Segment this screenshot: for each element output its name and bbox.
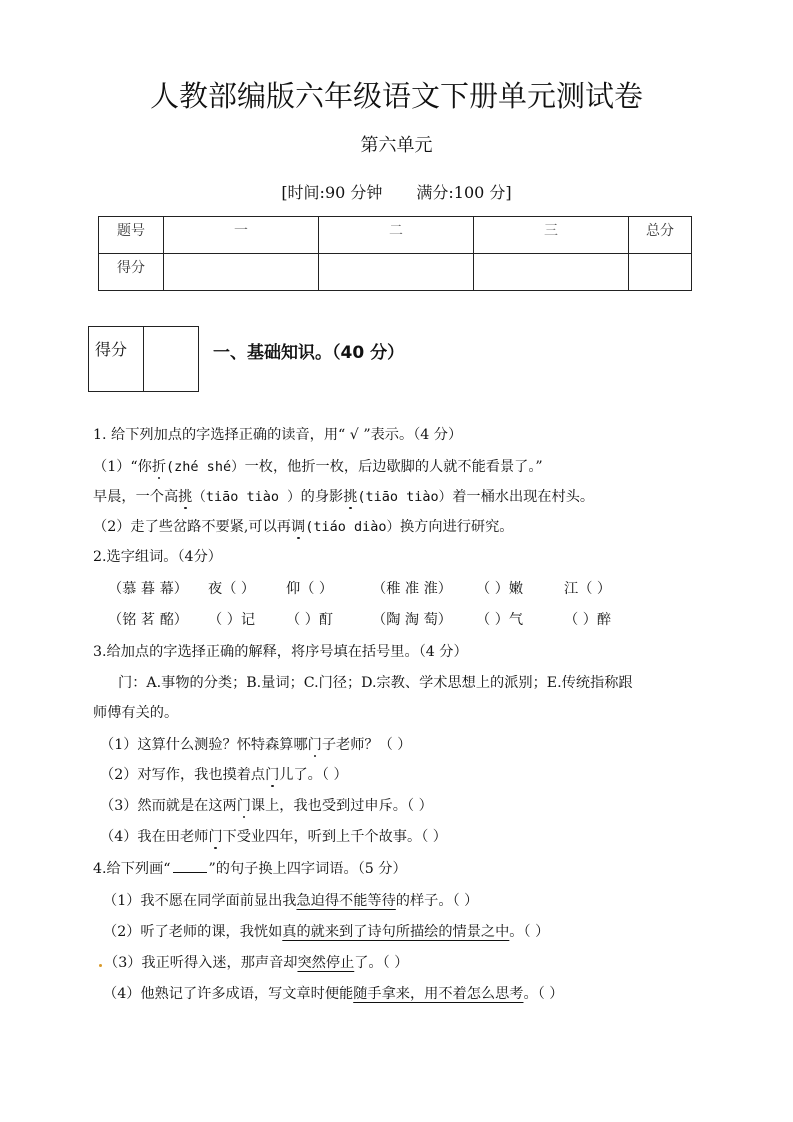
- word-blank[interactable]: （ ）嫩: [476, 578, 564, 598]
- header-cell-part-2: 二: [319, 217, 474, 254]
- q4-prompt-text: ”的句子换上四字词语。（5 分）: [209, 861, 407, 877]
- q1-item-2: （2）走了些岔路不要紧,可以再调(tiáo diào）换方向进行研究。: [93, 515, 513, 536]
- word-blank[interactable]: 夜（ ）: [208, 578, 286, 598]
- pinyin-options[interactable]: （tiāo tiào ）: [192, 489, 300, 505]
- score-table: 题号 一 二 三 总分 得分: [98, 216, 692, 291]
- char-options: （铭 茗 酩）: [108, 609, 208, 629]
- char-options: （稚 准 淮）: [372, 578, 476, 598]
- q4-item-4: （4）他熟记了许多成语，写文章时便能随手拿来，用不着怎么思考。（ ）: [103, 983, 563, 1003]
- q4-item-3: （3）我正听得入迷，那声音却突然停止了。（ ）: [99, 952, 408, 972]
- dotted-char: 挑: [343, 489, 357, 505]
- q2-row-2: （铭 茗 酩）（ ）记（ ）酊（陶 淘 萄）（ ）气（ ）醉: [108, 609, 611, 629]
- q4-item-2: （2）听了老师的课，我恍如真的就来到了诗句所描绘的情景之中。（ ）: [103, 921, 549, 941]
- q2-row-1: （慕 暮 幕）夜（ ）仰（ ）（稚 准 淮）（ ）嫩江（ ）: [108, 578, 611, 598]
- word-blank[interactable]: （ ）气: [476, 609, 564, 629]
- header-cell-question-number: 题号: [99, 217, 164, 254]
- word-blank[interactable]: （ ）记: [208, 609, 286, 629]
- q3-definitions-cont: 师傅有关的。: [93, 702, 178, 722]
- q4-text: （4）他熟记了许多成语，写文章时便能: [103, 986, 353, 1002]
- char-options: （陶 淘 萄）: [372, 609, 476, 629]
- underline-sample: [173, 860, 207, 873]
- q1-text: 早晨，一个高: [93, 489, 178, 505]
- q4-prompt-text: 4.给下列画“: [93, 861, 171, 877]
- q4-text: （2）听了老师的课，我恍如: [103, 924, 282, 940]
- q3-text: （3）然而就是在这两: [100, 798, 237, 814]
- score-table-header-row: 题号 一 二 三 总分: [99, 217, 692, 254]
- score-table-score-row: 得分: [99, 254, 692, 291]
- score-cell-part-2[interactable]: [319, 254, 474, 291]
- q4-text: （3）我正听得入迷，那声音却: [104, 955, 297, 971]
- q1-text: 换方向进行研究。: [400, 519, 514, 535]
- q3-item-2: （2）对写作，我也摸着点门儿了。（ ）: [100, 764, 348, 784]
- pinyin-options[interactable]: (tiāo tiào）: [357, 489, 452, 505]
- section-score-box: 得分: [88, 326, 199, 392]
- underlined-phrase: 随手拿来，用不着怎么思考: [353, 986, 523, 1002]
- total-score-label: 满分:100 分]: [416, 183, 511, 202]
- q1-prompt: 1. 给下列加点的字选择正确的读音，用“ √ ”表示。（4 分）: [93, 424, 462, 444]
- unit-subtitle: 第六单元: [0, 131, 793, 157]
- dotted-char: 门: [265, 767, 279, 783]
- answer-blank[interactable]: 课上，我也受到过申斥。（ ）: [251, 798, 433, 814]
- q1-item-1: （1）“你折(zhé shé）一枚，他折一枚，后边歇脚的人就不能看景了。”: [93, 455, 543, 476]
- header-cell-part-1: 一: [164, 217, 319, 254]
- dotted-char: 门: [208, 829, 222, 845]
- dotted-char: 门: [237, 798, 251, 814]
- score-cell-total[interactable]: [629, 254, 692, 291]
- dotted-char: 调: [291, 519, 305, 535]
- answer-blank[interactable]: 了。（ ）: [354, 955, 408, 971]
- q1-text: 着一桶水出现在村头。: [452, 489, 594, 505]
- q3-item-1: （1）这算什么测验？怀特森算哪门子老师？（ ）: [100, 734, 412, 754]
- dotted-char: 折: [152, 459, 166, 475]
- q3-text: （2）对写作，我也摸着点: [100, 767, 265, 783]
- pinyin-options[interactable]: (zhé shé）: [166, 459, 245, 475]
- q1-item-1-cont: 早晨，一个高挑（tiāo tiào ）的身影挑(tiāo tiào）着一桶水出现…: [93, 485, 594, 506]
- answer-blank[interactable]: 。（ ）: [523, 986, 563, 1002]
- pinyin-options[interactable]: (tiáo diào）: [305, 519, 400, 535]
- char-options: （慕 暮 幕）: [108, 578, 208, 598]
- section-heading: 一、基础知识。（40 分）: [213, 338, 404, 363]
- underlined-phrase: 真的就来到了诗句所描绘的情景之中: [282, 924, 509, 940]
- answer-blank[interactable]: 下受业四年，听到上千个故事。（ ）: [223, 829, 447, 845]
- q4-text: （1）我不愿在同学面前显出我: [103, 893, 296, 909]
- q3-item-4: （4）我在田老师门下受业四年，听到上千个故事。（ ）: [100, 826, 447, 846]
- q3-text: （4）我在田老师: [100, 829, 208, 845]
- word-blank[interactable]: 江（ ）: [564, 581, 611, 597]
- underlined-phrase: 急迫得不能等待: [296, 893, 395, 909]
- stray-mark: [99, 964, 102, 967]
- header-cell-total: 总分: [629, 217, 692, 254]
- answer-blank[interactable]: 的样子。（ ）: [396, 893, 479, 909]
- header-cell-part-3: 三: [474, 217, 629, 254]
- section-score-field[interactable]: [144, 327, 199, 392]
- time-label: [时间:90 分钟: [281, 183, 382, 202]
- word-blank[interactable]: （ ）醉: [564, 612, 611, 628]
- exam-time-score: [时间:90 分钟满分:100 分]: [0, 180, 793, 203]
- dotted-char: 挑: [178, 489, 192, 505]
- q3-item-3: （3）然而就是在这两门课上，我也受到过申斥。（ ）: [100, 795, 433, 815]
- answer-blank[interactable]: 儿了。（ ）: [279, 767, 347, 783]
- q1-text: 的身影: [301, 489, 344, 505]
- word-blank[interactable]: （ ）酊: [286, 609, 372, 629]
- q3-prompt: 3.给加点的字选择正确的解释，将序号填在括号里。（4 分）: [93, 641, 468, 661]
- q4-prompt: 4.给下列画“”的句子换上四字词语。（5 分）: [93, 858, 407, 878]
- underlined-phrase: 突然停止: [297, 955, 354, 971]
- q4-item-1: （1）我不愿在同学面前显出我急迫得不能等待的样子。（ ）: [103, 890, 478, 910]
- row-label-score: 得分: [99, 254, 164, 291]
- q1-text: （1）“你: [93, 459, 152, 475]
- word-blank[interactable]: 仰（ ）: [286, 578, 372, 598]
- section-score-label: 得分: [89, 327, 144, 392]
- score-cell-part-3[interactable]: [474, 254, 629, 291]
- q2-prompt: 2.选字组词。（4分）: [93, 546, 222, 566]
- score-cell-part-1[interactable]: [164, 254, 319, 291]
- q3-definitions: 门：A.事物的分类；B.量词；C.门径；D.宗教、学术思想上的派别；E.传统指称…: [118, 672, 633, 692]
- page-title: 人教部编版六年级语文下册单元测试卷: [0, 74, 793, 115]
- q1-text: （2）走了些岔路不要紧,可以再: [93, 519, 291, 535]
- answer-blank[interactable]: 。（ ）: [509, 924, 549, 940]
- dotted-char: 门: [308, 737, 322, 753]
- q3-text: （1）这算什么测验？怀特森算哪: [100, 737, 308, 753]
- q1-text: 一枚，他折一枚，后边歇脚的人就不能看景了。”: [245, 459, 543, 475]
- answer-blank[interactable]: 子老师？（ ）: [322, 737, 412, 753]
